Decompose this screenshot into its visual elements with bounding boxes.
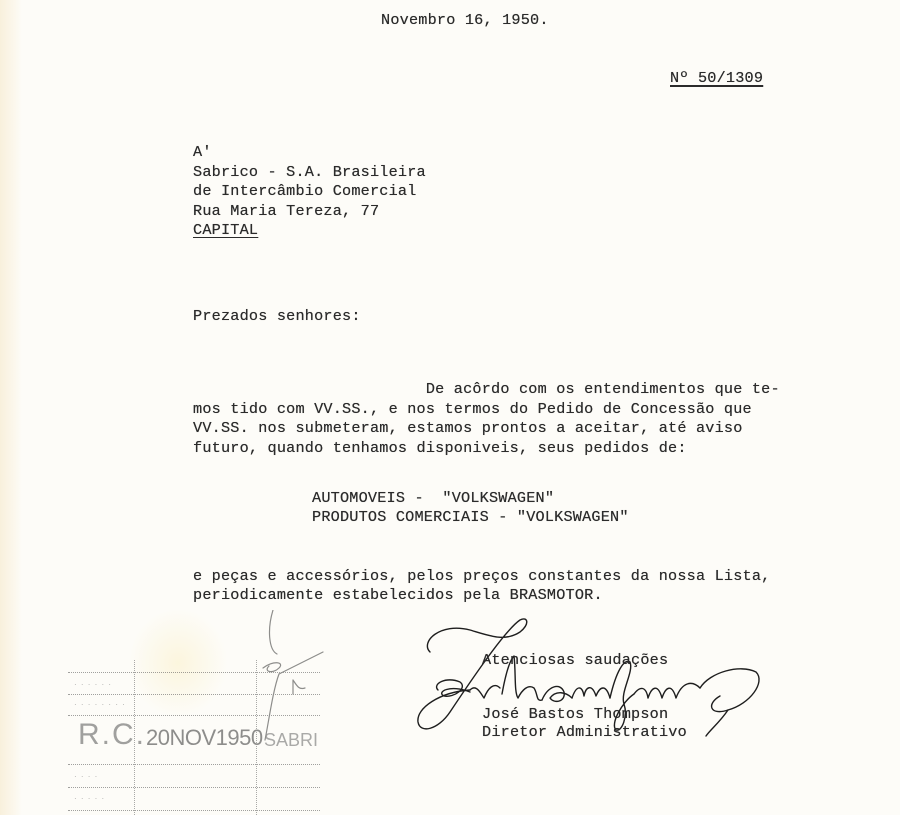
stamp-field-label: · · · · xyxy=(74,772,98,781)
salutation: Prezados senhores: xyxy=(193,307,361,326)
body-paragraph-1: De acôrdo com os entendimentos que te-mo… xyxy=(193,380,780,458)
reference-number: Nº 50/1309 xyxy=(670,69,763,88)
letter-date: Novembro 16, 1950. xyxy=(381,11,549,30)
closing-phrase: Atenciosas saudações xyxy=(482,651,668,670)
signer-block: José Bastos ThompsonDiretor Administrati… xyxy=(482,705,687,741)
stamp-field-label: · · · · · · · · xyxy=(74,700,126,709)
stamp-rule xyxy=(68,810,320,811)
body-line: mos tido com VV.SS., e nos termos do Ped… xyxy=(193,400,780,420)
recipient-company-line2: de Intercâmbio Comercial xyxy=(193,182,426,202)
recipient-company-line1: Sabrico - S.A. Brasileira xyxy=(193,163,426,183)
recipient-city: CAPITAL xyxy=(193,221,258,239)
body-paragraph-2: e peças e accessórios, pelos preços cons… xyxy=(193,567,770,605)
recipient-prefix: A' xyxy=(193,143,426,163)
body-line: e peças e accessórios, pelos preços cons… xyxy=(193,567,770,586)
signer-title: Diretor Administrativo xyxy=(482,723,687,741)
body-line: VV.SS. nos submeteram, estamos prontos a… xyxy=(193,419,780,439)
body-line: De acôrdo com os entendimentos que te- xyxy=(193,380,780,400)
recipient-address: A'Sabrico - S.A. Brasileirade Intercâmbi… xyxy=(193,143,426,241)
recipient-street: Rua Maria Tereza, 77 xyxy=(193,202,426,222)
stamp-code: R.C. xyxy=(78,718,146,752)
stamp-rule xyxy=(68,787,320,788)
product-list: AUTOMOVEIS - "VOLKSWAGEN"PRODUTOS COMERC… xyxy=(312,489,629,527)
product-item: AUTOMOVEIS - "VOLKSWAGEN" xyxy=(312,489,629,508)
body-line: periodicamente estabelecidos pela BRASMO… xyxy=(193,586,770,605)
product-item: PRODUTOS COMERCIAIS - "VOLKSWAGEN" xyxy=(312,508,629,527)
paper-edge xyxy=(0,0,22,815)
stamp-field-label: · · · · · xyxy=(74,794,105,803)
stamp-field-label: · · · · · · xyxy=(74,680,112,689)
signer-name: José Bastos Thompson xyxy=(482,705,687,723)
body-line: futuro, quando tenhamos disponiveis, seu… xyxy=(193,439,780,459)
reference-number-text: Nº 50/1309 xyxy=(670,69,763,87)
stamp-check-marks xyxy=(233,610,333,780)
received-stamp: R.C. 20NOV1950 SABRI · · · · · · · · · ·… xyxy=(68,660,320,815)
